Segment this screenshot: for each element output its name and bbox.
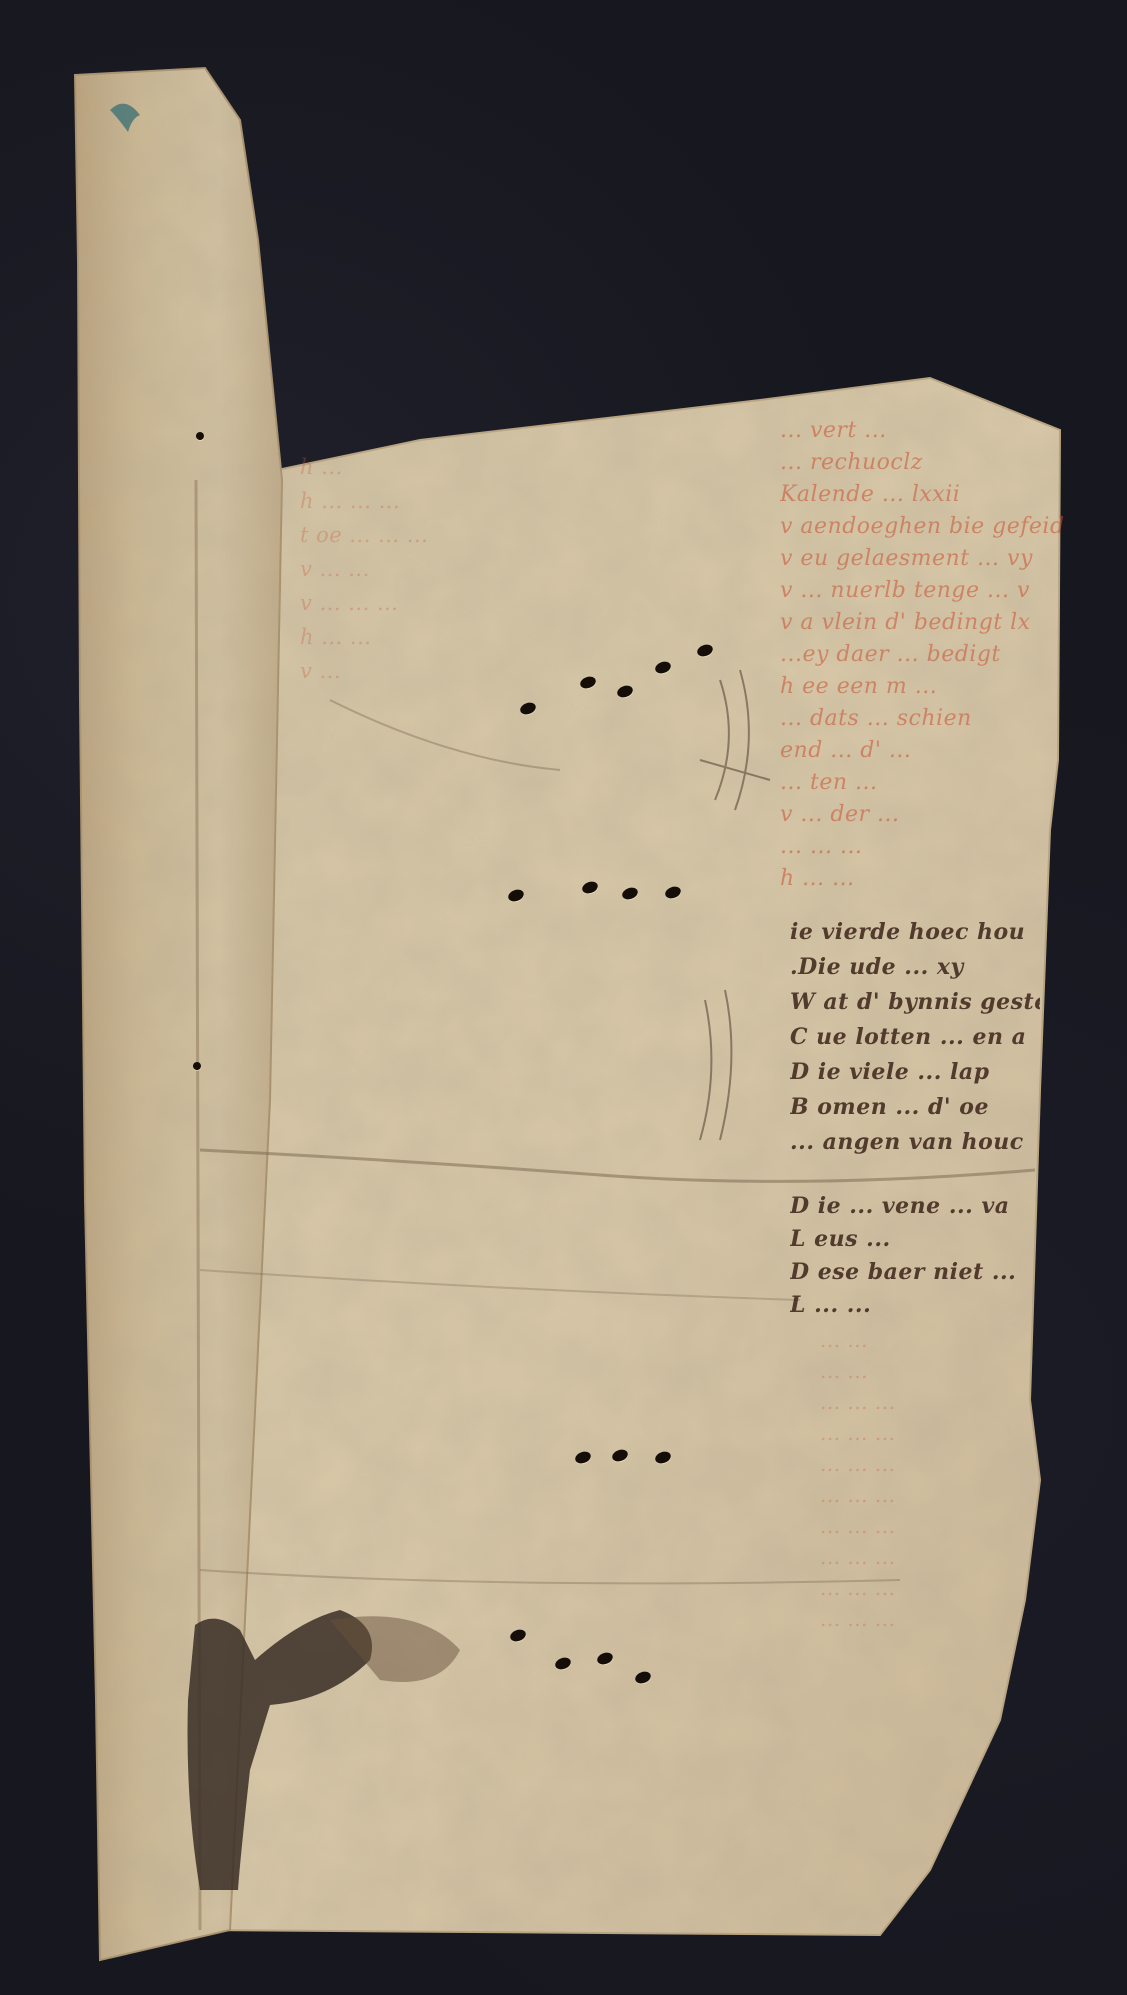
right-lower-red-text-column: ... ... ... ... ... ... ... ... ... ... … xyxy=(820,1325,1050,1635)
right-red-text-column: ... vert ... ... rechuoclz Kalende ... l… xyxy=(780,415,1065,895)
left-red-text-column: h ... h ... ... ... t oe ... ... ... v .… xyxy=(300,450,770,688)
manuscript-fragment: ... vert ... ... rechuoclz Kalende ... l… xyxy=(0,0,1127,1995)
right-black-text-column-2: D ie ... vene ... va L eus ... D ese bae… xyxy=(790,1190,1030,1322)
right-black-text-column: ie vierde hoec hou .Die ude ... xy W at … xyxy=(790,915,1040,1160)
